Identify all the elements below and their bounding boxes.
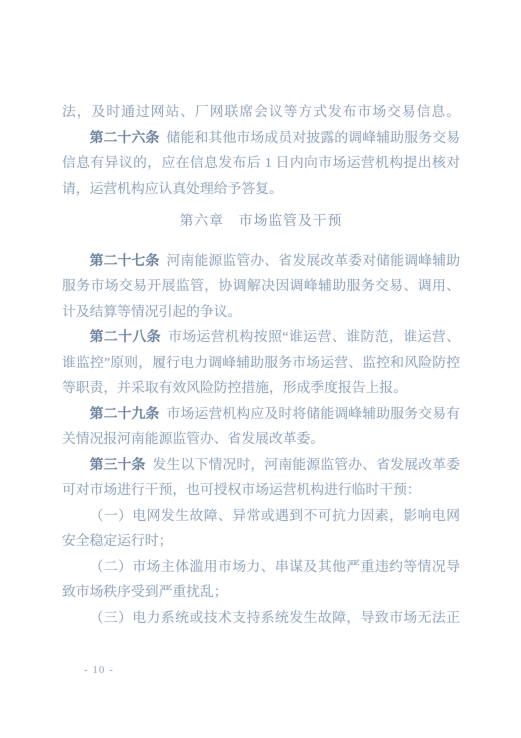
line-text: 储能和其他市场成员对披露的调峰辅助服务交易 [167, 130, 460, 145]
article-number: 第二十九条 [90, 406, 160, 421]
page-number: - 10 - [84, 663, 114, 677]
line-text: 可对市场进行干预，也可授权市场运营机构进行临时干预： [62, 482, 421, 497]
body-line: 可对市场进行干预，也可授权市场运营机构进行临时干预： [62, 477, 460, 503]
body-line: 计及结算等情况引起的争议。 [62, 299, 460, 325]
line-text: 等职责，并采取有效风险防控措施，形成季度报告上报。 [62, 380, 407, 395]
body-line: （一）电网发生故障、异常或遇到不可抗力因素，影响电网 [62, 503, 460, 529]
body-line: 请，运营机构应认真处理给予答复。 [62, 176, 460, 202]
line-text: 信息有异议的，应在信息发布后 1 日内向市场运营机构提出核对申 [62, 155, 460, 176]
line-text: 安全稳定运行时； [62, 533, 172, 548]
line-text: 请，运营机构应认真处理给予答复。 [62, 181, 283, 196]
chapter-heading: 第六章 市场监管及干预 [62, 208, 460, 234]
document-body: 法，及时通过网站、厂网联席会议等方式发布市场交易信息。 第二十六条储能和其他市场… [62, 99, 460, 630]
body-line: 第二十八条市场运营机构按照“谁运营、谁防范，谁运营、 [62, 324, 460, 350]
line-text: 发生以下情况时，河南能源监管办、省发展改革委 [153, 457, 460, 472]
body-line: 服务市场交易开展监管，协调解决因调峰辅助服务交易、调用、统 [62, 273, 460, 299]
body-line: 第二十九条市场运营机构应及时将储能调峰辅助服务交易有 [62, 401, 460, 427]
body-line: 安全稳定运行时； [62, 528, 460, 554]
line-text: （三）电力系统或技术支持系统发生故障，导致市场无法正 [90, 610, 460, 625]
body-line: （二）市场主体滥用市场力、串谋及其他严重违约等情况导 [62, 554, 460, 580]
line-text: 计及结算等情况引起的争议。 [62, 304, 241, 319]
body-line: 第二十六条储能和其他市场成员对披露的调峰辅助服务交易 [62, 125, 460, 151]
line-text: 法，及时通过网站、厂网联席会议等方式发布市场交易信息。 [62, 104, 460, 119]
line-text: 河南能源监管办、省发展改革委对储能调峰辅助 [167, 253, 460, 268]
article-number: 第二十七条 [90, 253, 160, 268]
line-text: 致市场秩序受到严重扰乱； [62, 584, 228, 599]
scanned-document-page: 法，及时通过网站、厂网联席会议等方式发布市场交易信息。 第二十六条储能和其他市场… [0, 0, 521, 738]
line-text: 谁监控”原则，履行电力调峰辅助服务市场运营、监控和风险防控 [62, 355, 460, 370]
line-text: 市场运营机构按照“谁运营、谁防范，谁运营、 [168, 329, 460, 344]
line-text: 市场运营机构应及时将储能调峰辅助服务交易有 [167, 406, 460, 421]
line-text: 关情况报河南能源监管办、省发展改革委。 [62, 431, 324, 446]
line-text: （二）市场主体滥用市场力、串谋及其他严重违约等情况导 [90, 559, 460, 574]
article-number: 第二十六条 [90, 130, 160, 145]
body-line: （三）电力系统或技术支持系统发生故障，导致市场无法正 [62, 605, 460, 631]
body-line: 第二十七条河南能源监管办、省发展改革委对储能调峰辅助 [62, 248, 460, 274]
body-line: 关情况报河南能源监管办、省发展改革委。 [62, 426, 460, 452]
body-line: 信息有异议的，应在信息发布后 1 日内向市场运营机构提出核对申 [62, 150, 460, 176]
line-text: （一）电网发生故障、异常或遇到不可抗力因素，影响电网 [90, 508, 460, 523]
line-text: 服务市场交易开展监管，协调解决因调峰辅助服务交易、调用、统 [62, 278, 460, 299]
body-line: 谁监控”原则，履行电力调峰辅助服务市场运营、监控和风险防控 [62, 350, 460, 376]
body-line: 等职责，并采取有效风险防控措施，形成季度报告上报。 [62, 375, 460, 401]
article-number: 第三十条 [90, 457, 146, 472]
body-line: 法，及时通过网站、厂网联席会议等方式发布市场交易信息。 [62, 99, 460, 125]
article-number: 第二十八条 [90, 329, 161, 344]
body-line: 致市场秩序受到严重扰乱； [62, 579, 460, 605]
body-line: 第三十条发生以下情况时，河南能源监管办、省发展改革委 [62, 452, 460, 478]
